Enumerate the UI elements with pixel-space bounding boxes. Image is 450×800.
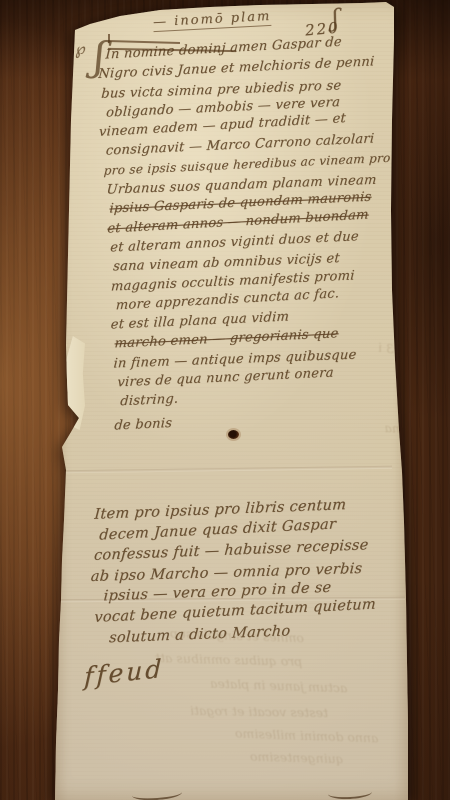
photo-wood-table: — inomō plam ʃ 220 ℘ ʃ In nomine dominj … xyxy=(0,0,450,800)
manuscript-sheet: — inomō plam ʃ 220 ℘ ʃ In nomine dominj … xyxy=(50,0,412,800)
ghost-line: quingentesimo xyxy=(250,749,344,766)
ghost-line: 13 i xyxy=(361,337,403,357)
ghost-line: testes vocati et rogati xyxy=(190,703,328,720)
ghost-line: actum janue in platea xyxy=(210,676,348,696)
ghost-line: anno domini millesimo xyxy=(235,726,379,746)
bleed-through-text: 13 is onaomnes et singula suppro quibus … xyxy=(50,0,412,800)
worm-hole xyxy=(228,430,239,439)
ghost-line: pro quibus omnibus att xyxy=(155,650,303,669)
torn-edge-flap xyxy=(58,336,85,430)
ghost-line: omnes et singula sup xyxy=(170,626,304,646)
paper-surface: — inomō plam ʃ 220 ℘ ʃ In nomine dominj … xyxy=(50,0,412,800)
ghost-line: s ona xyxy=(348,418,419,437)
